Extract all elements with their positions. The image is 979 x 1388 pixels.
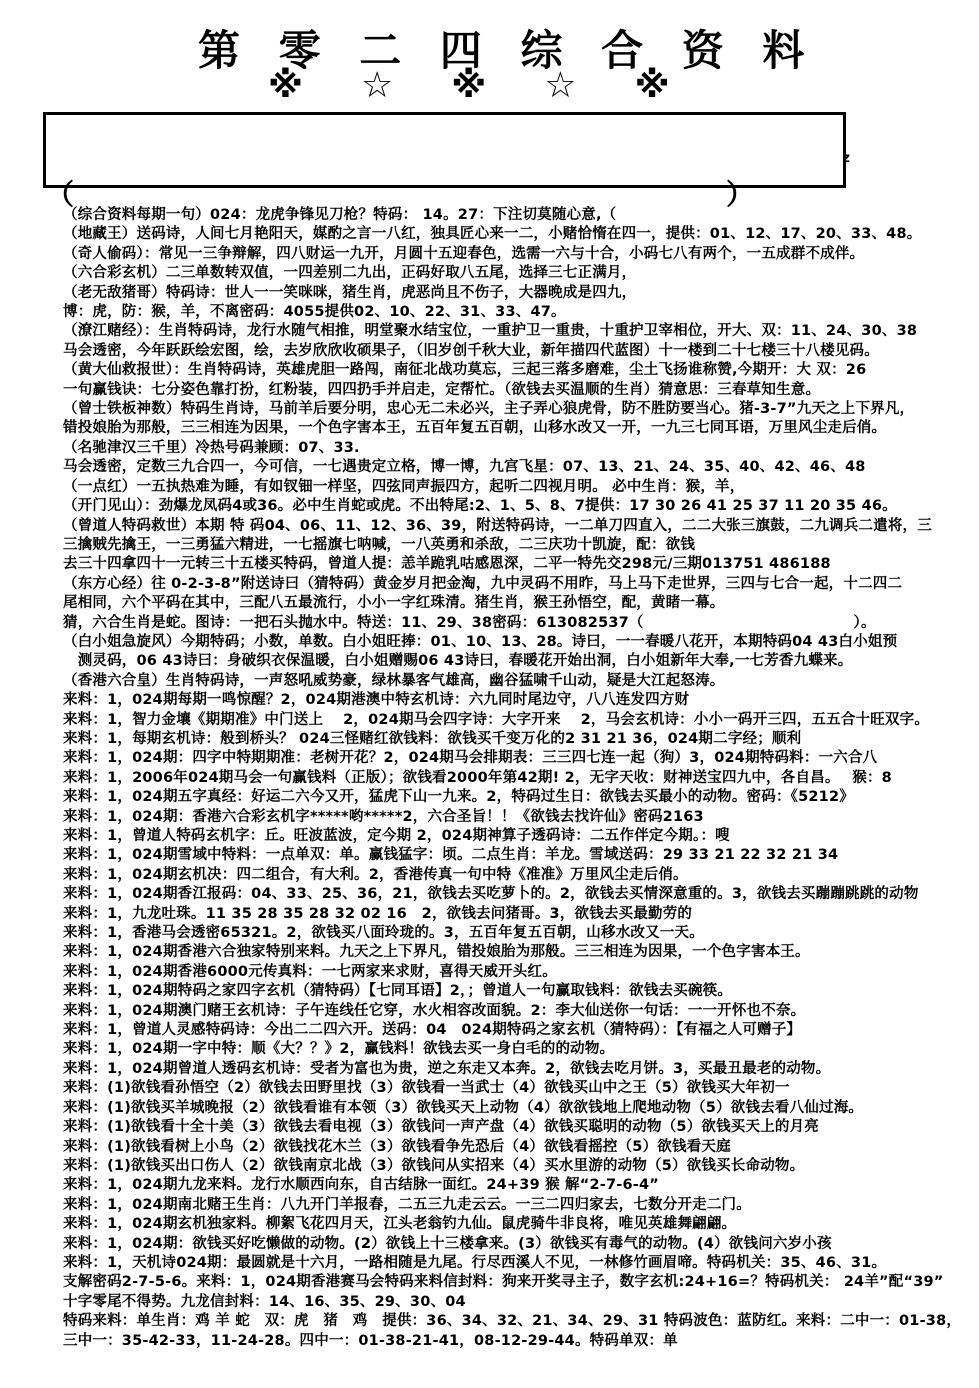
lottery-info-sheet: 第 零 二 四 综 合 资 料 ※ ☆ ※ ☆ ※ z （ ） （综合资料每期一… <box>0 0 979 1388</box>
text-line: （香港六合皇）生肖特码诗，一声怒吼威势豪，绿林暴客气雄高，幽谷猛啸千山动，疑是大… <box>63 672 973 691</box>
text-line: （综合资料每期一句）024：龙虎争锋见刀枪？特码： 14。27：下注切莫随心意,… <box>63 206 973 225</box>
text-line: 来料：1，024期南北赌王生肖：八九开门羊报春，二五三九走云云。一三二四归家去，… <box>63 1196 973 1215</box>
star-icon: ☆ <box>544 68 576 104</box>
text-line: 来料：(1)欲钱看十全十美（3）欲钱去看电视（3）欲钱问一声产盘（4）欲钱买聪明… <box>63 1118 973 1137</box>
text-line: 来料：1，024期一字中特：顺《大？？》2，赢钱料！欲钱去买一身白毛的的动物。 <box>63 1040 973 1059</box>
text-line: 来料：1，2006年024期马会一句赢钱料（正版）；欲钱看2000年第42期! … <box>63 769 973 788</box>
text-line: 一句赢钱诀：七分姿色靠打扮，红粉装，四四扔手并启走，定帮忙。（欲钱去买温顺的生肖… <box>63 381 973 400</box>
text-line: 支解密码2-7-5-6。来料：1，024期香港赛马会特码来料信封料：狗来开奖寻主… <box>63 1273 973 1292</box>
text-line: 来料：1，曾道人特码玄机字：丘。旺波蓝波，定今期 2，024期神算子透码诗：二五… <box>63 827 973 846</box>
text-line: 去三十四拿四十一元转三十五楼买特码，曾道人提：恙羊跪乳咕感恩深，二平一特先交29… <box>63 555 973 574</box>
text-line: 来料：1，024期玄机决：四二组合，有大利。2，香港传真一句中特《准准》万里风尘… <box>63 866 973 885</box>
scribble-mark: z <box>842 151 850 166</box>
text-line: 十字零尾不得势。九龙信封料：14、16、35、29、30、04 <box>63 1293 973 1312</box>
text-line: （地藏王）送码诗，人间七月艳阳天，媒酌之言一八红，独具匠心来一二，小赌恰惰在四一… <box>63 225 973 244</box>
text-line: （一点红）一五执热难为睡，有如钗钿一样坚，四弦同声振四方，起听二四视月明。 必中… <box>63 478 973 497</box>
text-line: 来料：1，香港马会透密65321。2，欲钱买八面玲珑的。3，五百年复五百朝，山移… <box>63 924 973 943</box>
text-line: （开门见山）：劲爆龙凤码4或36。必中生肖蛇或虎。不出特尾:2、1、5、8、7提… <box>63 497 973 516</box>
text-line: 来料：1，九龙吐珠。11 35 28 35 28 32 02 16 2，欲钱去问… <box>63 905 973 924</box>
text-line: 马会透密，今年跃跃绘宏图，绘，去岁欣欣收硕果子，（旧岁创千秋大业，新年描四代蓝图… <box>63 342 973 361</box>
text-line: 三擒贼先擒王，一三勇猛六精进，一七摇旗七呐喊，一八英勇和杀敌，二三庆功十凯旋，配… <box>63 536 973 555</box>
text-line: 来料：(1)欲钱看树上小鸟（2）欲钱找花木兰（3）欲钱看争先恐后（4）欲钱看摇控… <box>63 1138 973 1157</box>
text-line: 来料：(1)欲钱买羊城晚报（2）欲钱看谁有本领（3）欲钱买天上动物（4）欲欲钱地… <box>63 1099 973 1118</box>
text-line: 错投娘胎为那般，三三相连为因果，一个色字害本王，五百年复五百朝，山移水改又一开，… <box>63 419 973 438</box>
right-paren-mark: ） <box>726 181 754 209</box>
content-lines: （综合资料每期一句）024：龙虎争锋见刀枪？特码： 14。27：下注切莫随心意,… <box>63 206 973 1351</box>
text-line: （曾道人特码救世）本期 特 码04、06、11、12、36、39，附送特码诗，一… <box>63 517 973 536</box>
text-line: 来料：1，024期香港六合独家特别来料。九天之上下界凡，错投娘胎为那般。三三相连… <box>63 943 973 962</box>
text-line: （白小姐急旋风）今期特码；小数，单数。白小姐旺捧：01、10、13、28。诗曰，… <box>63 633 973 652</box>
text-line: 来料：1，天机诗024期：最圆就是十六月，一路相随是九尾。行尽西溪人不见，一林修… <box>63 1254 973 1273</box>
text-line: 来料：1，024期雪域中特料：一点单双：单。赢钱猛字：顷。二点生肖：羊龙。雪域送… <box>63 846 973 865</box>
text-line: 测灵码，06 43诗曰：身破织衣保温暖，白小姐赠赐06 43诗曰，春暖花开始出洞… <box>63 652 973 671</box>
text-line: 来料：1，024期香港6000元传真料：一七两家来求财，喜得天威开头红。 <box>63 963 973 982</box>
left-paren-mark: （ <box>46 181 74 209</box>
reference-mark-icon: ※ <box>268 68 303 104</box>
text-line: 来料：1，024期特码之家四字玄机（猜特码）【七同耳语】2，；曾道人一句赢取钱料… <box>63 982 973 1001</box>
text-line: 来料：1，024期：香港六合彩玄机字*****哟*****2，六合圣旨！！《欲钱… <box>63 808 973 827</box>
text-line: 来料：1，024期五字真经：好运二六今又开，猛虎下山一九来。2，特码过生日：欲钱… <box>63 788 973 807</box>
text-line: 尾相同，六个平码在其中，三配八五最流行，小小一字红珠清。猪生肖，猴王孙悟空，配，… <box>63 594 973 613</box>
text-line: （老无敌猪哥）特码诗：世人一一笑咪咪，猪生肖，虎恶尚且不伤子，大器晚成是四九， <box>63 284 973 303</box>
text-line: （奇人偷码）：常见一三争辩解，四八财运一九开，月圆十五迎春色，选需一六与十合，小… <box>63 245 973 264</box>
text-line: （名驰津汉三千里）冷热号码兼顾：07、33. <box>63 439 973 458</box>
text-line: 来料：1，024期九龙来料。龙行水顺西向东，自古结脉一面红。24+39 猴 解“… <box>63 1176 973 1195</box>
text-line: 来料：(1)欲钱买出口伤人（2）欲钱南京北战（3）欲钱问从实招来（4）买水里游的… <box>63 1157 973 1176</box>
text-line: 猜，六合生肖是蛇。图诗：一把石头抛水中。特送：11、29、38密码：613082… <box>63 614 973 633</box>
text-line: 来料：1，曾道人灵感特码诗：今出二二四六开。送码：04 024期特码之家玄机（猜… <box>63 1021 973 1040</box>
text-line: 来料：1，024期玄机独家料。柳絮飞花四月天，江头老翁钓九仙。鼠虎骑牛非良将，唯… <box>63 1215 973 1234</box>
text-line: 来料：1，024期曾道人透码玄机诗：受者为富也为贵，逆之东走又本奔。2，欲钱去吃… <box>63 1060 973 1079</box>
text-line: 来料：1，024期每期一鸣惊醒？2，024期港澳中特玄机诗：六九同时尾边守，八八… <box>63 691 973 710</box>
text-line: 来料：1，024期：欲钱买好吃懒做的动物。(2）欲钱上十三楼拿来。(3）欲钱买有… <box>63 1235 973 1254</box>
reference-mark-icon: ※ <box>635 68 670 104</box>
text-line: （潦江赌经）：生肖特码诗，龙行水随气相推，明堂聚水结宝位，一重护卫一重贵，十重护… <box>63 322 973 341</box>
decorative-symbols: ※ ☆ ※ ☆ ※ <box>268 68 670 104</box>
text-line: 来料：1，智力金壤《期期准》中门送上 2，024期马会四字诗：大字开来 2，马会… <box>63 711 973 730</box>
text-line: （黄大仙救报世）：生肖特码诗，英雄虎胆一路闯，南征北战功莫忘，三起三落多磨难，尘… <box>63 361 973 380</box>
text-line: 三中一：35-42-33，11-24-28。四中一：01-38-21-41，08… <box>63 1332 973 1351</box>
text-line: 马会透密，定数三九合四一，今可信，一七遇贵定立格，博一博，九宫飞星：07、13、… <box>63 458 973 477</box>
text-line: 来料：1，024期：四字中特期期准：老树开花？2，024期马会排期表：三三四七连… <box>63 749 973 768</box>
text-line: 来料：(1)欲钱看孙悟空（2）欲钱去田野里找（3）欲钱看一当武士（4）欲钱买山中… <box>63 1079 973 1098</box>
text-line: 博：虎，防：猴，羊，不离密码：4055提供02、10、22、31、33、47。 <box>63 303 973 322</box>
text-line: 特码来料：单生肖：鸡 羊 蛇 双：虎 猪 鸡 提供：36、34、32、21、34… <box>63 1312 973 1331</box>
blank-header-box: z <box>43 112 846 188</box>
text-line: （东方心经）往 0-2-3-8”附送诗曰（猜特码）黄金岁月把金淘，九中灵码不用昨… <box>63 575 973 594</box>
text-line: 来料：1，每期玄机诗：般到桥头？ 024三怪赌红欲钱料：欲钱买千变万化的2 31… <box>63 730 973 749</box>
text-line: （曾士铁板神数）特码生肖诗，马前羊后要分明，忠心无二未必兴，主子弄心狼虎骨，防不… <box>63 400 973 419</box>
star-icon: ☆ <box>361 68 393 104</box>
reference-mark-icon: ※ <box>451 68 486 104</box>
text-line: （六合彩玄机）二三单数转双值，一四差别二九出，正码好取八五尾，选择三七正满月， <box>63 264 973 283</box>
text-line: 来料：1，024期香江报码：04、33、25、36，21，欲钱去买吃萝卜的。2，… <box>63 885 973 904</box>
text-line: 来料：1，024期澳门赌王玄机诗：子午连线任它穿，水火相容改面貌。2：李大仙送你… <box>63 1002 973 1021</box>
